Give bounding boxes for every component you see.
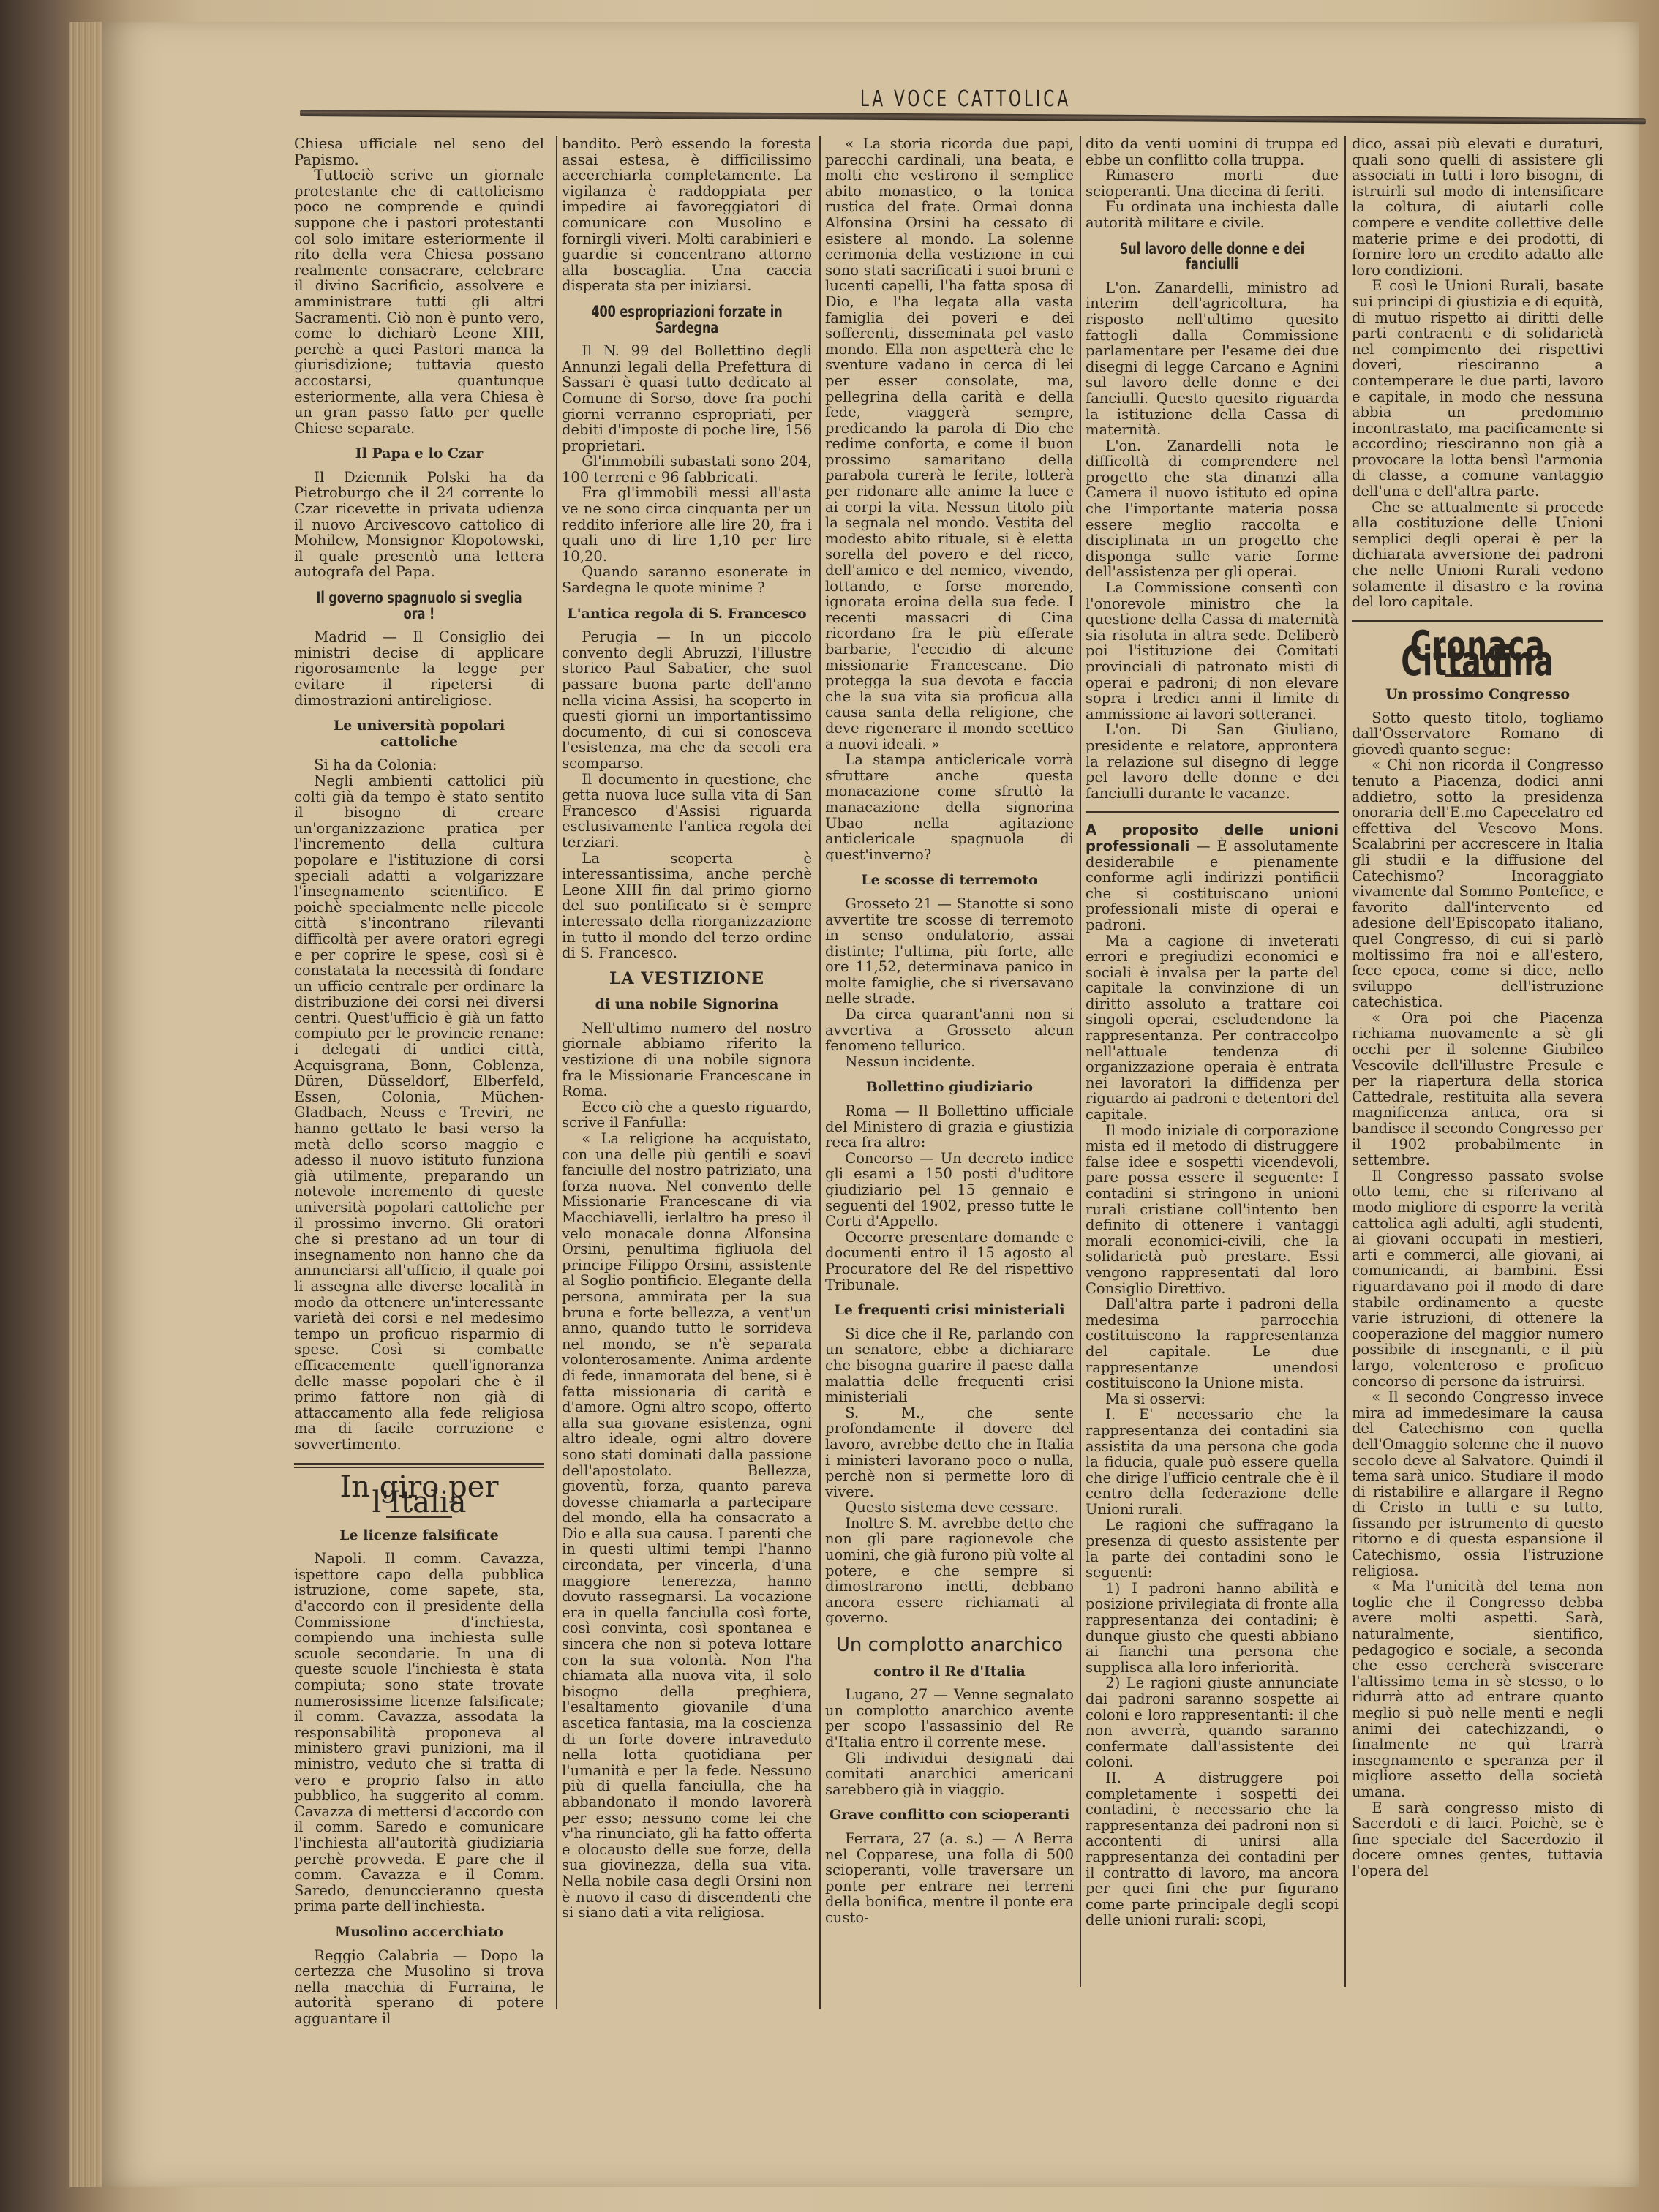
article-headline: Un complotto anarchico — [825, 1638, 1074, 1654]
article-paragraph: « La religione ha acquistato, con una de… — [562, 1131, 812, 1921]
article-paragraph: Il modo iniziale di corporazione mista e… — [1086, 1123, 1339, 1297]
article-paragraph: Le ragioni che suffragano la presenza di… — [1086, 1517, 1339, 1580]
article-paragraph: Occorre presentare domande e documenti e… — [825, 1230, 1074, 1293]
article-paragraph: Ma si osservi: — [1086, 1391, 1339, 1407]
article-paragraph: dito da venti uomini di truppa ed ebbe u… — [1086, 136, 1339, 168]
article-headline: Il Papa e lo Czar — [294, 446, 544, 462]
article-paragraph: La stampa anticlericale vorrà sfruttare … — [825, 752, 1074, 862]
article-paragraph: Che se attualmente si procede alla costi… — [1352, 500, 1603, 610]
column-1: Chiesa ufficiale nel seno del Papismo.Tu… — [294, 136, 544, 2027]
article-paragraph: Perugia — In un piccolo convento degli A… — [562, 629, 812, 771]
article-paragraph: Reggio Calabria — Dopo la certezza che M… — [294, 1948, 544, 2027]
article-headline: Le scosse di terremoto — [825, 873, 1074, 889]
article-paragraph: A proposito delle unioni professionali —… — [1086, 822, 1339, 933]
article-paragraph: Ma a cagione di inveterati errori e preg… — [1086, 933, 1339, 1123]
article-paragraph: « La storia ricorda due papi, parecchi c… — [825, 136, 1074, 752]
article-paragraph: Fu ordinata una inchiesta dalle autorità… — [1086, 199, 1339, 230]
article-headline: Sul lavoro delle donne e dei fanciulli — [1105, 241, 1320, 273]
article-paragraph: Gl'immobili subastati sono 204, 100 terr… — [562, 454, 812, 485]
article-paragraph: E sarà congresso misto di Sacerdoti e di… — [1352, 1800, 1603, 1879]
article-paragraph: L'on. Di San Giuliano, presidente e rela… — [1086, 722, 1339, 801]
article-paragraph: Quando saranno esonerate in Sardegna le … — [562, 564, 812, 595]
article-paragraph: Napoli. Il comm. Cavazza, ispettore capo… — [294, 1551, 544, 1914]
article-paragraph: Fra gl'immobili messi all'asta ve ne son… — [562, 485, 812, 564]
article-headline: Bollettino giudiziario — [825, 1080, 1074, 1096]
article-paragraph: Chiesa ufficiale nel seno del Papismo. — [294, 136, 544, 168]
section-rule — [1086, 811, 1339, 816]
article-paragraph: II. A distruggere poi completamente i so… — [1086, 1770, 1339, 1928]
article-paragraph: « Il secondo Congresso invece mira ad im… — [1352, 1389, 1603, 1579]
article-paragraph: « Ma l'unicità del tema non toglie che i… — [1352, 1579, 1603, 1799]
article-paragraph: « Chi non ricorda il Congresso tenuto a … — [1352, 757, 1603, 1010]
article-paragraph: Si dice che il Re, parlando con un senat… — [825, 1326, 1074, 1405]
page-edges — [69, 22, 106, 2187]
column-5: dico, assai più elevati e duraturi, qual… — [1352, 136, 1603, 1879]
article-paragraph: Il Congresso passato svolse otto temi, c… — [1352, 1168, 1603, 1389]
article-headline: LA VESTIZIONE — [562, 971, 812, 987]
article-paragraph: I. E' necessario che la rappresentanza d… — [1086, 1407, 1339, 1517]
article-paragraph: Nessun incidente. — [825, 1054, 1074, 1070]
section-title: In giro per l'Italia — [294, 1480, 544, 1511]
article-paragraph: Il documento in questione, che getta nuo… — [562, 772, 812, 851]
article-paragraph: L'on. Zanardelli, ministro ad interim de… — [1086, 280, 1339, 438]
article-paragraph: Da circa quarant'anni non si avvertiva a… — [825, 1007, 1074, 1054]
article-headline: Grave conflitto con scioperanti — [825, 1807, 1074, 1824]
book-spread: LA VOCE CATTOLICA Chiesa ufficiale nel s… — [0, 0, 1659, 2212]
article-paragraph: La scoperta è interessantissima, anche p… — [562, 851, 812, 961]
column-divider — [1080, 136, 1081, 1987]
article-paragraph: Negli ambienti cattolici più colti già d… — [294, 773, 544, 1453]
article-paragraph: Questo sistema deve cessare. — [825, 1500, 1074, 1516]
article-paragraph: Gli individui designati dai comitati ana… — [825, 1750, 1074, 1798]
masthead: LA VOCE CATTOLICA — [439, 86, 1492, 112]
article-paragraph: bandito. Però essendo la foresta assai e… — [562, 136, 812, 294]
article-paragraph: 1) I padroni hanno abilità e posizione p… — [1086, 1581, 1339, 1676]
article-paragraph: Roma — Il Bollettino ufficiale del Minis… — [825, 1103, 1074, 1151]
article-paragraph: Il Dziennik Polski ha da Pietroburgo che… — [294, 470, 544, 580]
column-3: « La storia ricorda due papi, parecchi c… — [825, 136, 1074, 1926]
article-paragraph: Madrid — Il Consiglio dei ministri decis… — [294, 629, 544, 708]
article-headline: contro il Re d'Italia — [825, 1664, 1074, 1680]
column-4: dito da venti uomini di truppa ed ebbe u… — [1086, 136, 1339, 1928]
article-headline: Le università popolari cattoliche — [294, 718, 544, 750]
article-paragraph: « Ora poi che Piacenza richiama nuovamen… — [1352, 1010, 1603, 1168]
article-paragraph: Concorso — Un decreto indice gli esami a… — [825, 1151, 1074, 1230]
section-title: Cronaca Cittadina — [1380, 639, 1576, 670]
article-paragraph: L'on. Zanardelli nota le difficoltà di c… — [1086, 438, 1339, 580]
column-divider — [556, 136, 557, 2009]
article-paragraph: Si ha da Colonia: — [294, 757, 544, 773]
article-paragraph: E così le Unioni Rurali, basate sui prin… — [1352, 278, 1603, 499]
article-paragraph: Lugano, 27 — Venne segnalato un complott… — [825, 1687, 1074, 1750]
article-headline: Un prossimo Congresso — [1352, 687, 1603, 703]
article-headline: di una nobile Signorina — [562, 997, 812, 1013]
article-headline: 400 espropriazioni forzate in Sardegna — [581, 304, 794, 336]
article-paragraph: Nell'ultimo numero del nostro giornale a… — [562, 1020, 812, 1099]
article-paragraph: Ferrara, 27 (a. s.) — A Berra nel Coppar… — [825, 1831, 1074, 1926]
article-paragraph: La Commissione consentì con l'onorevole … — [1086, 580, 1339, 722]
article-paragraph: Ecco ciò che a questo riguardo, scrive i… — [562, 1099, 812, 1131]
article-paragraph: 2) Le ragioni giuste annunciate dai padr… — [1086, 1675, 1339, 1770]
article-paragraph: Tuttociò scrive un giornale protestante … — [294, 168, 544, 436]
article-headline: L'antica regola di S. Francesco — [562, 606, 812, 622]
article-paragraph: Dall'altra parte i padroni della medesim… — [1086, 1296, 1339, 1391]
column-2: bandito. Però essendo la foresta assai e… — [562, 136, 812, 1921]
article-headline: Musolino accerchiato — [294, 1925, 544, 1941]
article-paragraph: dico, assai più elevati e duraturi, qual… — [1352, 136, 1603, 278]
article-headline: Le licenze falsificate — [294, 1528, 544, 1544]
article-paragraph: Il N. 99 del Bollettino degli Annunzi le… — [562, 343, 812, 454]
column-divider — [819, 136, 821, 2009]
column-divider — [1344, 136, 1346, 1987]
article-paragraph: Rimasero morti due scioperanti. Una diec… — [1086, 168, 1339, 199]
article-paragraph: Grosseto 21 — Stanotte si sono avvertite… — [825, 896, 1074, 1007]
article-headline: Il governo spagnuolo si sveglia ora ! — [313, 590, 526, 622]
article-paragraph: Inoltre S. M. avrebbe detto che non gli … — [825, 1516, 1074, 1626]
section-rule — [294, 1463, 544, 1468]
article-headline: Le frequenti crisi ministeriali — [825, 1303, 1074, 1319]
article-paragraph: S. M., che sente profondamente il dovere… — [825, 1405, 1074, 1500]
article-paragraph: Sotto questo titolo, togliamo dall'Osser… — [1352, 710, 1603, 758]
